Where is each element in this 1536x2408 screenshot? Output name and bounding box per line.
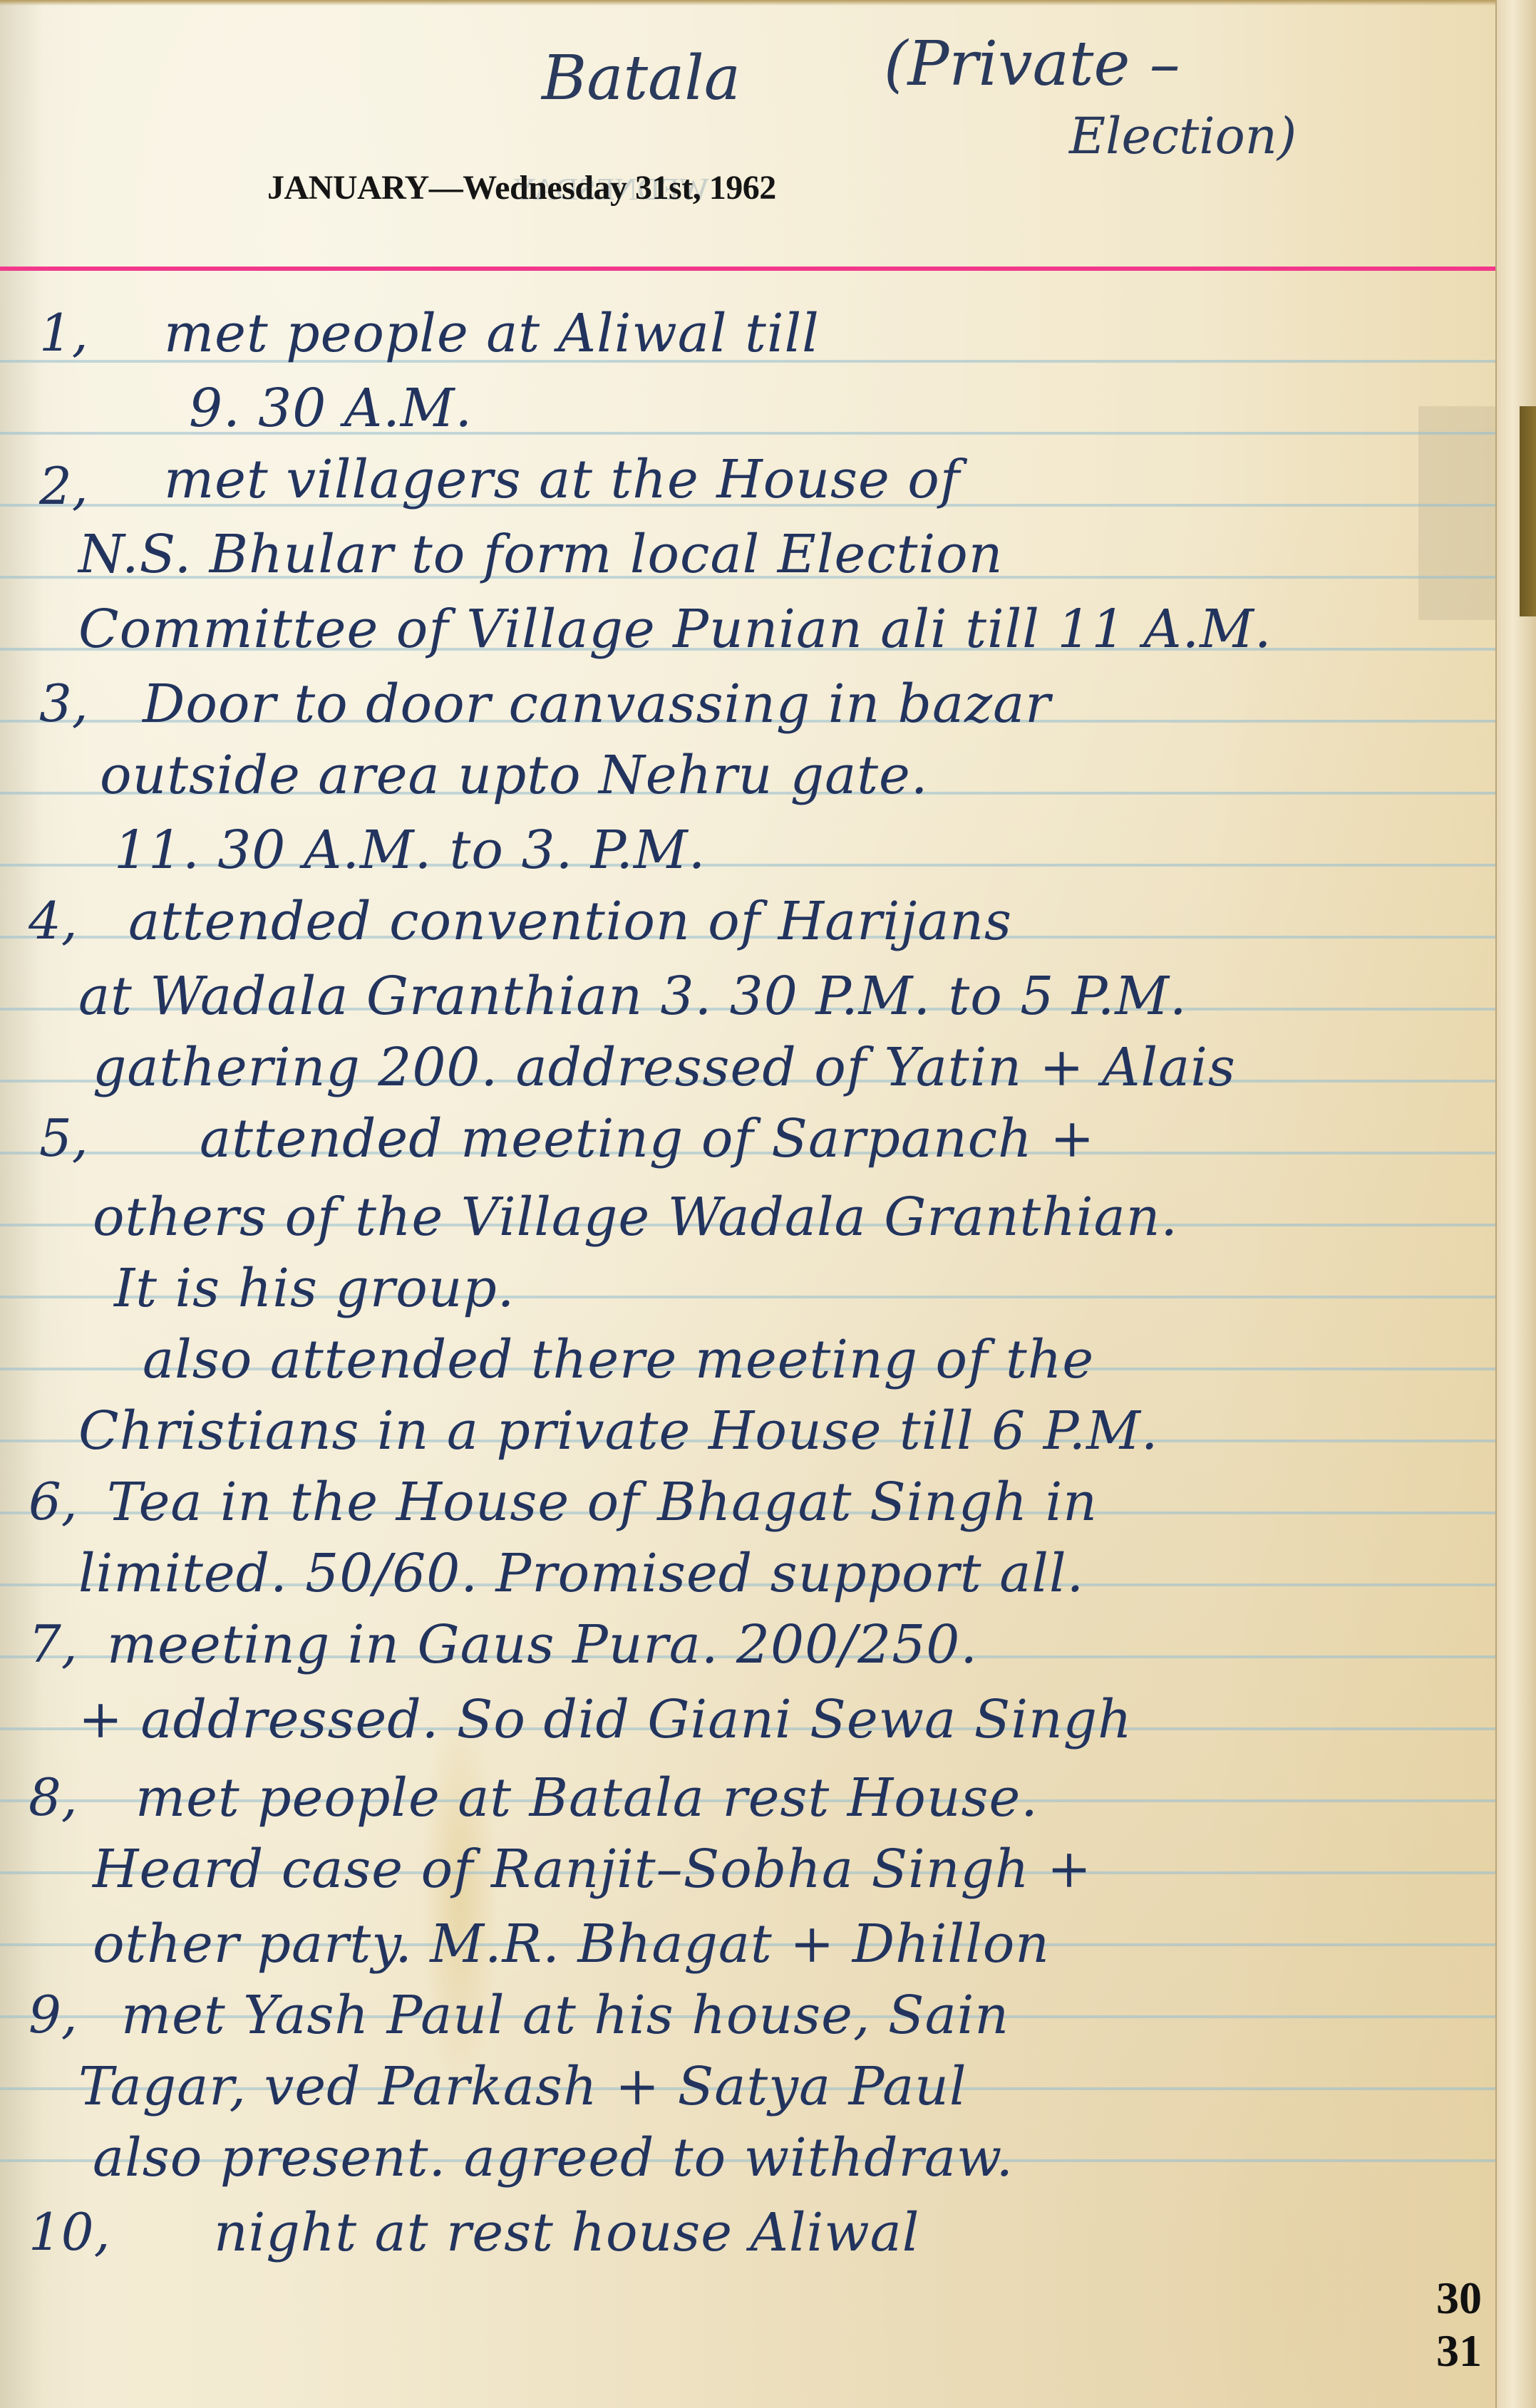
entry-line: also present. agreed to withdraw. [93,2127,1014,2189]
diary-entries: 1, met people at Aliwal till 9. 30 A.M. … [0,0,1495,2408]
entry-line: Christians in a private House till 6 P.M… [78,1400,1158,1462]
entry-number: 7, [29,1614,78,1674]
entry-line: other party. M.R. Bhagat + Dhillon [93,1913,1050,1975]
entry-line: + addressed. So did Giani Sewa Singh [78,1689,1133,1750]
entry-number: 1, [39,303,88,363]
entry-line: outside area upto Nehru gate. [100,745,928,806]
entry-line: attended meeting of Sarpanch + [200,1108,1095,1169]
entry-number: 4, [29,891,78,951]
entry-line: It is his group. [114,1258,515,1319]
entry-line: Door to door canvassing in bazar [143,673,1051,735]
entry-line: night at rest house Aliwal [214,2202,919,2263]
entry-number: 9, [29,1985,78,2045]
entry-number: 3, [39,673,88,733]
entry-line: limited. 50/60. Promised support all. [78,1543,1084,1604]
entry-number: 5, [39,1108,88,1168]
entry-line: met people at Batala rest House. [135,1767,1038,1829]
entry-line: met people at Aliwal till [164,303,820,364]
entry-line: N.S. Bhular to form local Election [78,524,1003,585]
entry-number: 8, [29,1767,78,1827]
entry-line: attended convention of Harijans [128,891,1012,952]
entry-line: met villagers at the House of [164,449,960,510]
entry-line: Tea in the House of Bhagat Singh in [107,1472,1098,1533]
entry-line: at Wadala Granthian 3. 30 P.M. to 5 P.M. [78,966,1187,1027]
diary-page: WEDNESDAY JANUARY—Wednesday 31st, 1962 B… [0,0,1495,2408]
index-tab [1520,406,1536,616]
entry-line: met Yash Paul at his house, Sain [121,1985,1009,2046]
entry-line: Heard case of Ranjit–Sobha Singh + [93,1839,1092,1900]
entry-line: 11. 30 A.M. to 3. P.M. [114,820,706,881]
entry-number: 10, [29,2202,110,2262]
entry-number: 2, [39,456,88,516]
page-edge-strip [1495,0,1536,2408]
entry-line: others of the Village Wadala Granthian. [93,1187,1178,1248]
entry-number: 6, [29,1472,78,1531]
page-number-31: 31 [1436,2325,1482,2377]
entry-line: gathering 200. addressed of Yatin + Alai… [93,1037,1236,1098]
entry-line: Committee of Village Punian ali till 11 … [78,599,1272,660]
page-number-30: 30 [1436,2272,1482,2325]
entry-line: Tagar, ved Parkash + Satya Paul [78,2056,967,2117]
entry-line: 9. 30 A.M. [189,378,473,439]
entry-line: meeting in Gaus Pura. 200/250. [107,1614,978,1675]
entry-line: also attended there meeting of the [143,1329,1094,1390]
